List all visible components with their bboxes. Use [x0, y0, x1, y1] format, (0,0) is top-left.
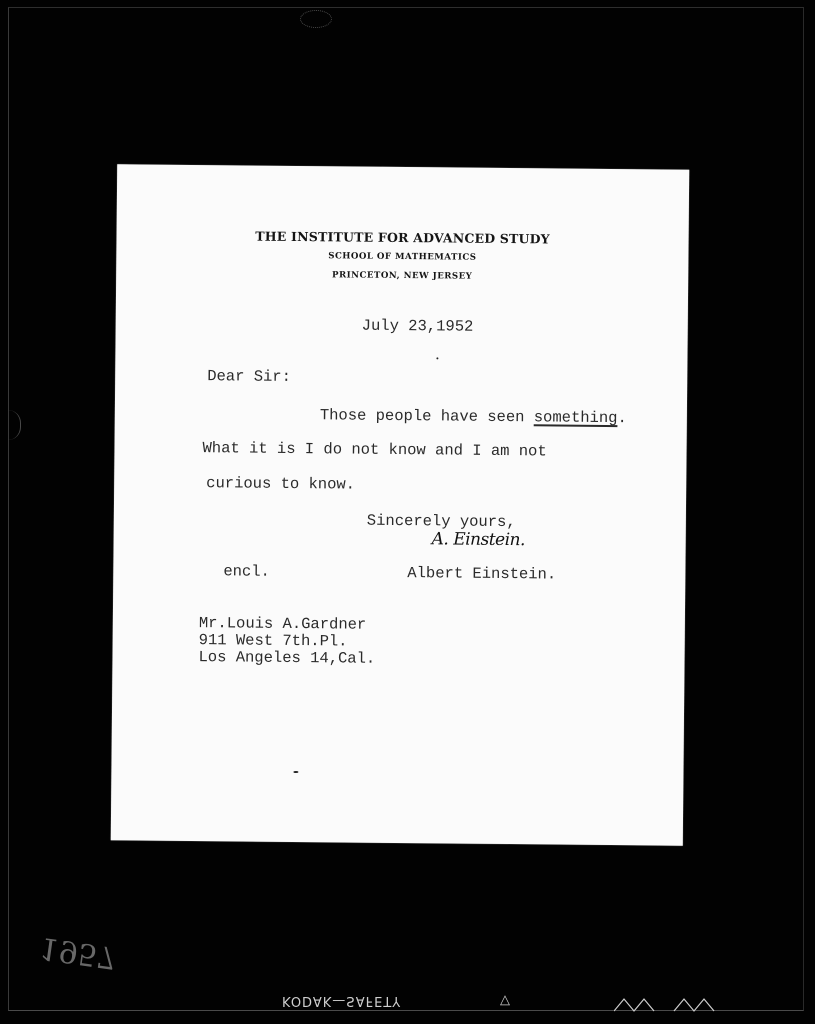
salutation: Dear Sir: — [207, 367, 291, 386]
underlined-word: something — [534, 408, 618, 427]
body-line-1-suffix: . — [617, 409, 626, 427]
body-line-1-prefix: Those people have seen — [320, 406, 534, 426]
enclosure-note: encl. — [223, 562, 270, 580]
handwritten-signature: A. Einstein. — [432, 529, 525, 550]
body-line-2: What it is I do not know and I am not — [202, 439, 546, 460]
letterhead-institution: THE INSTITUTE FOR ADVANCED STUDY — [117, 227, 689, 247]
body-line-3: curious to know. — [206, 474, 355, 493]
film-edge-print: KODAK—SAFETY — [282, 993, 401, 1008]
paper-speck — [293, 771, 298, 773]
film-edge-code: ▽ — [500, 993, 511, 1008]
letter-date: July 23,1952 — [362, 317, 474, 336]
film-edge-notches — [614, 996, 754, 1012]
film-notch-mark — [300, 10, 332, 28]
closing: Sincerely yours, — [367, 512, 516, 531]
typed-signature-name: Albert Einstein. — [407, 564, 556, 583]
body-line-1: Those people have seen something. — [320, 406, 627, 427]
paper-speck — [436, 357, 438, 359]
letterhead-school: SCHOOL OF MATHEMATICS — [116, 249, 688, 264]
letterhead-location: PRINCETON, NEW JERSEY — [116, 268, 688, 283]
recipient-city: Los Angeles 14,Cal. — [198, 649, 375, 668]
letter-page: THE INSTITUTE FOR ADVANCED STUDY SCHOOL … — [111, 164, 689, 845]
